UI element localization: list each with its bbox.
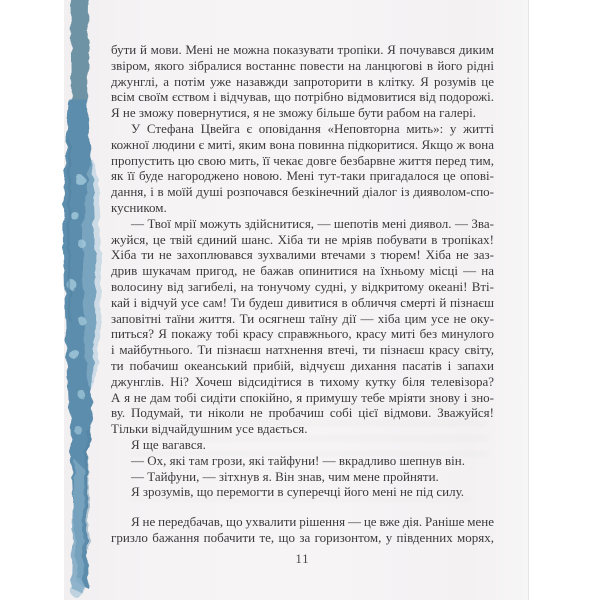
text-line: і майбутнього. Ти пізнаєш натхнення втеч… [111, 342, 494, 358]
text-line: звіром, якого зібралися востаннє повести… [111, 58, 494, 74]
text-line: Я не зможу повернутися, я не зможу більш… [111, 105, 476, 121]
text-line: — Твої мрії можуть здійснитися, — шепоті… [131, 216, 494, 232]
text-line: пропустить цю свою мить, її чекає довге … [111, 153, 494, 169]
paragraph: Я не передбачав, що ухвалити рішення — ц… [111, 514, 494, 546]
text-line: ти побачиш океанський прибій, відчуєш ди… [111, 358, 494, 374]
text-line: волосину від загибелі, на тонучому судні… [111, 279, 494, 295]
text-line: кай і відчуй усе сам! Ти будеш дивитися … [111, 295, 494, 311]
text-line: Я не передбачав, що ухвалити рішення — ц… [131, 514, 494, 530]
text-line: бути й мови. Мені не можна показувати тр… [111, 42, 494, 58]
text-line: — Тайфуни, — зітхнув я. Він знав, чим ме… [131, 469, 439, 485]
paragraph: У Стефана Цвейга є оповідання «Неповторн… [111, 121, 494, 216]
paragraph: — Тайфуни, — зітхнув я. Він знав, чим ме… [111, 469, 494, 485]
text-line: гризло бажання побачити те, що за горизо… [111, 530, 494, 546]
text-line: ву. Подумай, ти ніколи не пробачиш собі … [111, 405, 494, 421]
page-number: 11 [111, 552, 494, 567]
text-line: заповітні таїни життя. Ти осягнеш таїну … [111, 311, 494, 327]
text-line: кусником. [111, 200, 167, 216]
text-line: У Стефана Цвейга є оповідання «Неповторн… [131, 121, 494, 137]
text-line: як її буде нагороджено новою. Мені тут-т… [111, 168, 494, 184]
paragraph: Я зрозумів, що перемогти в суперечці йог… [111, 484, 494, 500]
text-line: кожної людини є миті, яким вона повинна … [111, 137, 494, 153]
text-line: всім своїм єством і відчував, що потрібн… [111, 89, 494, 105]
paragraph: бути й мови. Мені не можна показувати тр… [111, 42, 494, 121]
text-line: Хіба ти не захоплювався зухвалими втечам… [111, 247, 494, 263]
text-line: Тільки відчайдушним усе вдається. [111, 421, 307, 437]
paragraph: — Твої мрії можуть здійснитися, — шепоті… [111, 216, 494, 437]
text-line: джунглів. Ні? Хочеш відсидітися в тихому… [111, 374, 494, 390]
text-block: бути й мови. Мені не можна показувати тр… [111, 42, 494, 546]
text-line: жуйся, це твій єдиний шанс. Хіба ти не м… [111, 232, 494, 248]
text-line: джунглі, а потім уже назавжди запроторит… [111, 74, 494, 90]
watercolor-brush-stroke-icon [56, 0, 110, 600]
paragraph: Я ще вагався. [111, 437, 494, 453]
text-line: А я не дам тобі сидіти спокійно, я приму… [111, 390, 494, 406]
text-line: — Ох, які там грози, які тайфуни! — вкра… [131, 453, 465, 469]
text-line: Я зрозумів, що перемогти в суперечці йог… [131, 484, 464, 500]
book-page-scan: бути й мови. Мені не можна показувати тр… [0, 0, 600, 600]
paragraph: — Ох, які там грози, які тайфуни! — вкра… [111, 453, 494, 469]
text-line: дрив шукачам пригод, не бажав опинитися … [111, 263, 494, 279]
text-line: Я ще вагався. [131, 437, 206, 453]
text-line: дання, і в моїй душі розпочався безкінеч… [111, 184, 494, 200]
text-line: питься? Я покажу тобі красу справжнього,… [111, 326, 494, 342]
